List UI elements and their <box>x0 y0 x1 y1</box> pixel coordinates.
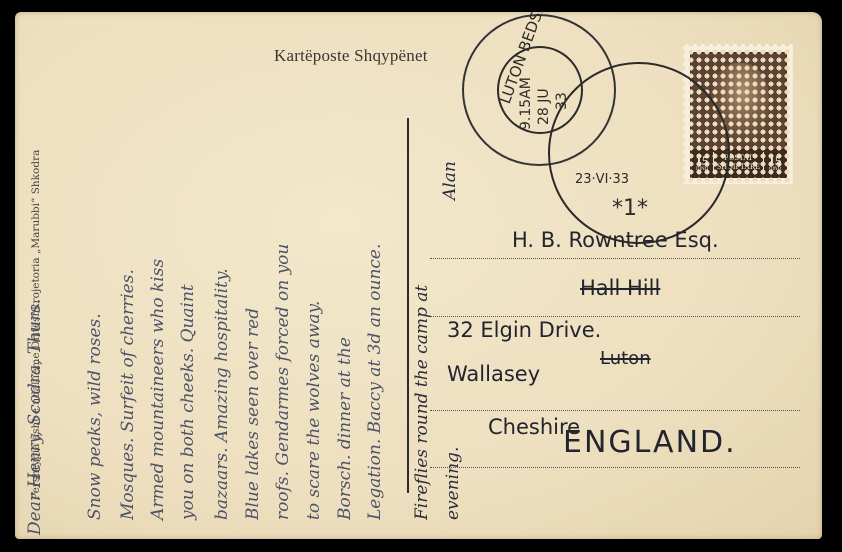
struck-town: Luton <box>600 348 651 369</box>
message-line: evening. <box>443 447 463 520</box>
message-line: Legation. Baccy at 3d an ounce. <box>365 244 385 520</box>
street-address: 32 Elgin Drive. <box>447 318 601 342</box>
address-line-4 <box>430 467 800 468</box>
card-divider <box>407 118 409 493</box>
albanian-postmark-code: *1* <box>612 196 648 221</box>
postmark-date: 28 JU <box>536 88 552 125</box>
country: ENGLAND. <box>563 425 737 460</box>
message-line: bazaars. Amazing hospitality. <box>212 268 232 520</box>
recipient-name: H. B. Rowntree Esq. <box>512 228 719 252</box>
address-line-2 <box>430 316 800 317</box>
postmark-time: 9.15AM <box>518 77 534 130</box>
town: Wallasey <box>447 362 540 386</box>
message-line: roofs. Gendarmes forced on you <box>273 244 293 520</box>
stamp-currency: QIND <box>764 167 786 172</box>
message-line: Fireflies round the camp at <box>412 285 432 520</box>
message-line: to scare the wolves away. <box>304 301 324 520</box>
message-line: Blue lakes seen over red <box>243 308 263 520</box>
address-line-1 <box>430 258 800 259</box>
albanian-postmark-date: 23·VI·33 <box>575 172 629 187</box>
card-title: Kartëposte Shqypënet <box>274 46 428 66</box>
struck-address-line: Hall Hill <box>580 276 660 300</box>
stamp-value-right: 15 <box>769 153 782 168</box>
message-line: Snow peaks, wild roses. <box>85 313 105 520</box>
message-line: Armed mountaineers who kiss <box>148 259 168 520</box>
message-line: Borsch. dinner at the <box>335 337 355 520</box>
message-signature: Alan <box>440 161 460 200</box>
message-line: Mosques. Surfeit of cherries. <box>118 269 138 520</box>
message-heading: Dear Henry, Scodra, Thurs. <box>25 299 45 535</box>
address-line-3 <box>430 410 800 411</box>
message-line: you on both cheeks. Quaint <box>178 284 198 520</box>
